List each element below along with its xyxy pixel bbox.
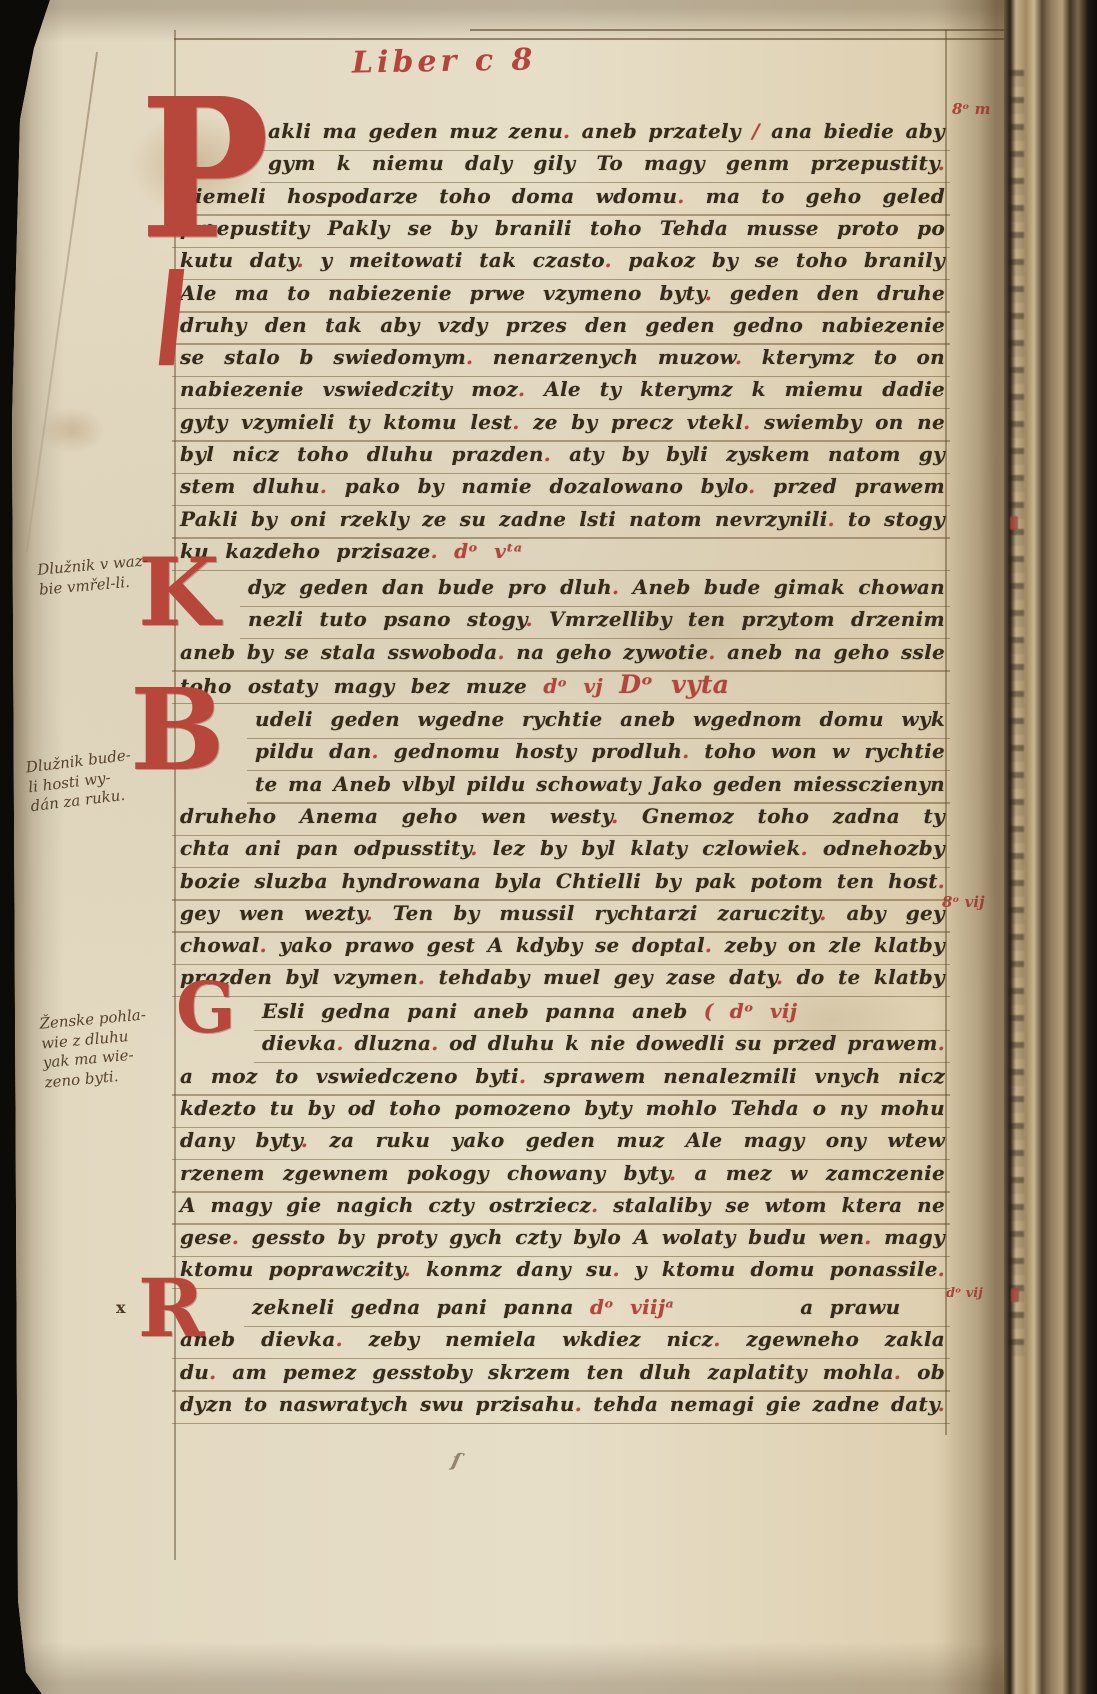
- next-page-edge: [1009, 60, 1024, 1360]
- rubricated-initial-G: G: [176, 980, 236, 1036]
- text-line: gese. gessto by proty gych czty bylo A w…: [180, 1224, 945, 1253]
- text-line: stem dluhu. pako by namie dozalowano byl…: [180, 473, 945, 502]
- text-line: przepustity Pakly se by branili toho Teh…: [180, 215, 945, 244]
- text-line: du. am pemez gesstoby skrzem ten dluh za…: [180, 1359, 945, 1388]
- text-line: Ale ma to nabiezenie prwe vzymeno byty. …: [180, 280, 945, 309]
- text-line: ktomu poprawczity. konmz dany su. y ktom…: [180, 1256, 945, 1285]
- text-line: chta ani pan odpusstity. lez by byl klat…: [180, 835, 945, 864]
- text-line: gyty vzymieli ty ktomu lest. ze by precz…: [180, 409, 945, 438]
- text-line: dany byty. za ruku yako geden muz Ale ma…: [180, 1127, 945, 1156]
- text-line: dyzn to naswratych swu przisahu. tehda n…: [180, 1391, 945, 1420]
- text-line: nabiezenie vswiedczity moz. Ale ty ktery…: [180, 376, 945, 405]
- photo-background: Liber c 8 8ᵒ m 8ᵒ vij dᵒ vij x ſ akli ma…: [0, 0, 1097, 1694]
- text-line: A magy gie nagich czty ostrziecz. stalal…: [180, 1192, 945, 1221]
- book-fore-edge: [1004, 0, 1097, 1694]
- text-line: prazden byl vzymen. tehdaby muel gey zas…: [180, 964, 945, 993]
- rubricated-initial-R: R: [138, 1276, 204, 1340]
- text-line: druheho Anema geho wen westy. Gnemoz toh…: [180, 803, 945, 832]
- text-line: kdezto tu by od toho pomozeno byty mohlo…: [180, 1095, 945, 1124]
- text-line: pildu dan. gednomu hosty prodluh. toho w…: [255, 738, 945, 767]
- text-line: a moz to vswiedczeno byti. sprawem nenal…: [180, 1063, 945, 1092]
- text-line: dievka. dluzna. od dluhu k nie dowedli s…: [262, 1030, 945, 1059]
- text-line: chowal. yako prawo gest A kdyby se dopta…: [180, 932, 945, 961]
- text-line: Ziemeli hospodarze toho doma wdomu. ma t…: [180, 183, 945, 212]
- text-line: se stalo b swiedomym. nenarzenych muzow.…: [180, 344, 945, 373]
- text-line: Pakli by oni rzekly ze su zadne lsti nat…: [180, 506, 945, 535]
- text-line: kutu daty. y meitowati tak czasto. pakoz…: [180, 247, 945, 276]
- edge-red-fleck: [1011, 1288, 1019, 1302]
- text-line: udeli geden wgedne rychtie aneb wgednom …: [255, 706, 945, 735]
- rubricated-initial-B: B: [130, 686, 225, 776]
- text-line: aneb dievka. zeby nemiela wkdiez nicz. z…: [180, 1326, 945, 1355]
- text-line: bozie sluzba hyndrowana byla Chtielli by…: [180, 868, 945, 897]
- text-line: gym k niemu daly gily To magy genm przep…: [268, 150, 945, 179]
- text-line: Esli gedna pani aneb panna aneb ( dᵒ vij: [262, 998, 945, 1027]
- text-line: ku kazdeho przisaze. dᵒ vᵗᵃ: [180, 538, 945, 567]
- text-line: zekneli gedna pani panna dᵒ viijᵃ a praw…: [252, 1294, 945, 1323]
- text-line: te ma Aneb vlbyl pildu schowaty Jako ged…: [255, 771, 945, 800]
- rubricated-initial-P: P: [140, 92, 269, 246]
- text-line: nezli tuto psano stogy. Vmrzelliby ten p…: [248, 606, 945, 635]
- text-line: dyz geden dan bude pro dluh. Aneb bude g…: [248, 574, 945, 603]
- text-line: druhy den tak aby vzdy przes den geden g…: [180, 312, 945, 341]
- edge-red-fleck: [1010, 516, 1018, 530]
- rubricated-initial-K: K: [138, 556, 220, 631]
- margin-note-women-debt: Ženske pohla-wie z dluhuyak ma wie-zeno …: [39, 1006, 152, 1093]
- text-line: akli ma geden muz zenu. aneb przately / …: [268, 118, 945, 147]
- text-line: byl nicz toho dluhu prazden. aty by byli…: [180, 441, 945, 470]
- text-line: aneb by se stala sswoboda. na geho zywot…: [180, 639, 945, 668]
- text-line: gey wen wezty. Ten by mussil rychtarzi z…: [180, 900, 945, 929]
- text-line: toho ostaty magy bez muze dᵒ vj Dᵒ vyta: [180, 671, 945, 700]
- manuscript-page: Liber c 8 8ᵒ m 8ᵒ vij dᵒ vij x ſ akli ma…: [0, 0, 1004, 1694]
- text-block: akli ma geden muz zenu. aneb przately / …: [0, 0, 1004, 1694]
- text-line: rzenem zgewnem pokogy chowany byty. a me…: [180, 1160, 945, 1189]
